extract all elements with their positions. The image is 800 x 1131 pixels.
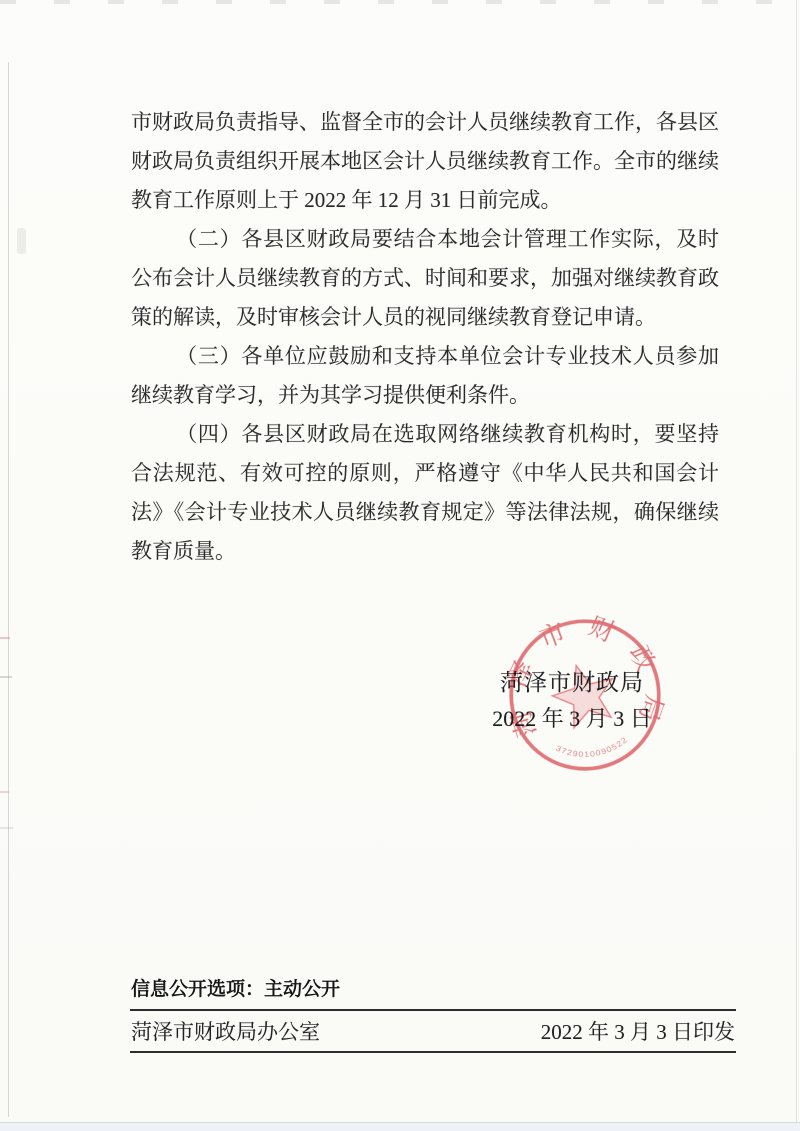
scan-artifact-smudge <box>17 228 26 254</box>
seal-serial-number: 3729010090522 <box>554 734 631 762</box>
scan-artifact-tick <box>0 827 13 829</box>
footer-row: 菏泽市财政局办公室 2022 年 3 月 3 日印发 <box>131 1017 735 1047</box>
body-paragraph: （四）各县区财政局在选取网络继续教育机构时，要坚持合法规范、有效可控的原则，严格… <box>131 415 719 571</box>
body-paragraph: （三）各单位应鼓励和支持本单位会计专业技术人员参加继续教育学习，并为其学习提供便… <box>131 337 719 415</box>
body-paragraph: 市财政局负责指导、监督全市的会计人员继续教育工作，各县区财政局负责组织开展本地区… <box>131 103 719 220</box>
svg-text:3729010090522: 3729010090522 <box>554 734 631 762</box>
document-body: 市财政局负责指导、监督全市的会计人员继续教育工作，各县区财政局负责组织开展本地区… <box>131 103 719 571</box>
signature-date: 2022 年 3 月 3 日 <box>436 705 708 733</box>
body-paragraph: （二）各县区财政局要结合本地会计管理工作实际，及时公布会计人员继续教育的方式、时… <box>131 220 719 337</box>
scan-artifact-right-edge <box>796 0 797 1131</box>
scan-artifact-top-edge <box>0 0 800 4</box>
footer-print-date: 2022 年 3 月 3 日印发 <box>541 1017 735 1047</box>
document-page: 市财政局负责指导、监督全市的会计人员继续教育工作，各县区财政局负责组织开展本地区… <box>0 0 800 1131</box>
footer-divider-bottom <box>130 1051 736 1053</box>
scan-artifact-bottom-edge <box>0 1122 800 1131</box>
signature-block: 菏泽市财政局 2022 年 3 月 3 日 <box>436 669 708 733</box>
scan-artifact-left-edge <box>8 62 9 1117</box>
disclosure-option-label: 信息公开选项：主动公开 <box>131 979 340 1001</box>
footer-issuer: 菏泽市财政局办公室 <box>131 1017 320 1047</box>
scan-artifact-tick <box>0 791 9 793</box>
signature-org-name: 菏泽市财政局 <box>436 669 708 697</box>
footer-divider-top <box>130 1009 736 1011</box>
scan-artifact-tick <box>0 676 12 678</box>
scan-artifact-tick <box>0 637 10 639</box>
